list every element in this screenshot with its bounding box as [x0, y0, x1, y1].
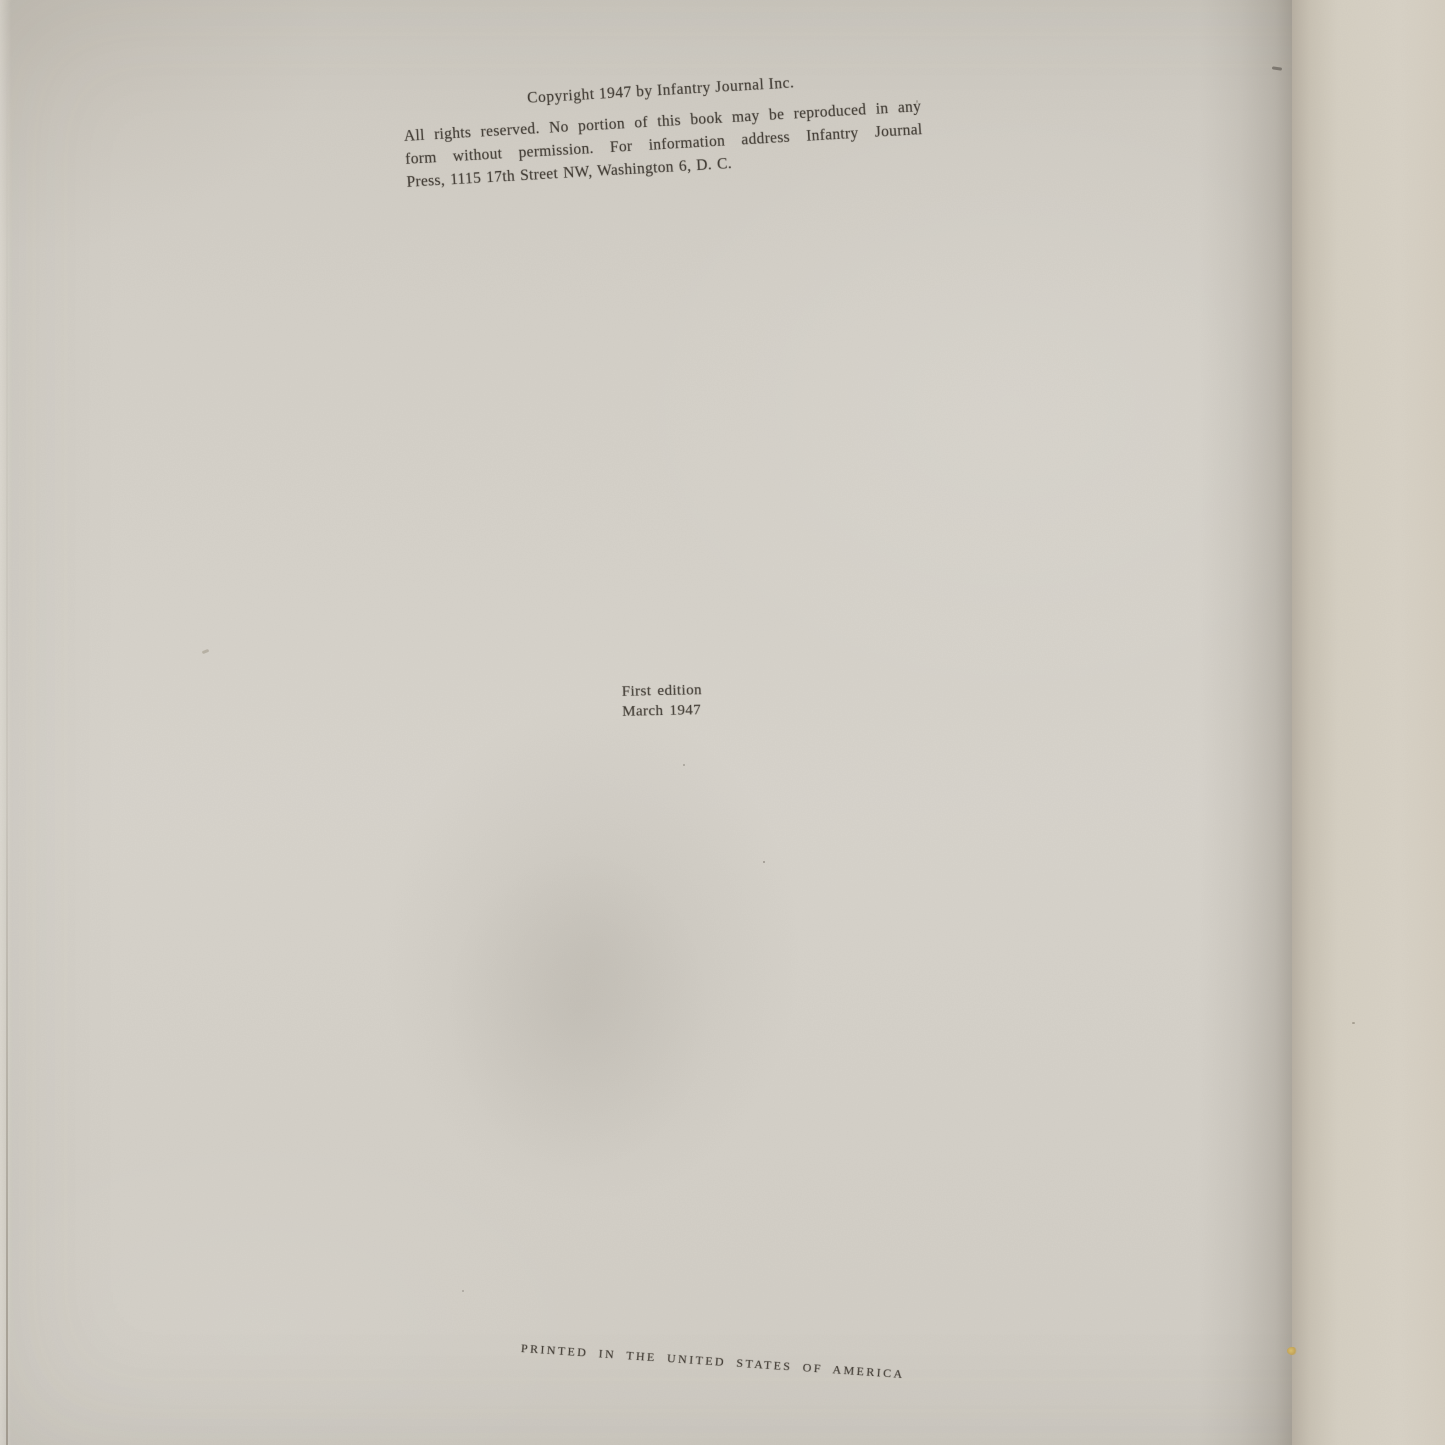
copyright-notice-block: Copyright 1947 by Infantry Journal Inc. … [402, 65, 925, 194]
page-left-edge-highlight [0, 0, 16, 1445]
paper-speck-yellow [1287, 1347, 1297, 1355]
edition-date: March 1947 [622, 700, 703, 722]
gutter-shadow [1198, 0, 1292, 1445]
paper-speck-dot [916, 100, 918, 103]
printed-in-usa-line: PRINTED IN THE UNITED STATES OF AMERICA [520, 1341, 905, 1382]
paper-speck-dot [1352, 1022, 1355, 1024]
paper-speck-dot [462, 1290, 464, 1292]
edition-line: First edition [622, 680, 703, 702]
book-copyright-page-photo: Copyright 1947 by Infantry Journal Inc. … [0, 0, 1445, 1445]
paper-speck-dot [683, 764, 685, 766]
book-pages-edge [1292, 0, 1445, 1445]
paper-speck-fiber [202, 649, 210, 654]
edition-block: First edition March 1947 [622, 680, 703, 722]
page-left-edge-crease [6, 0, 8, 1445]
paper-speck-dot [763, 861, 765, 863]
